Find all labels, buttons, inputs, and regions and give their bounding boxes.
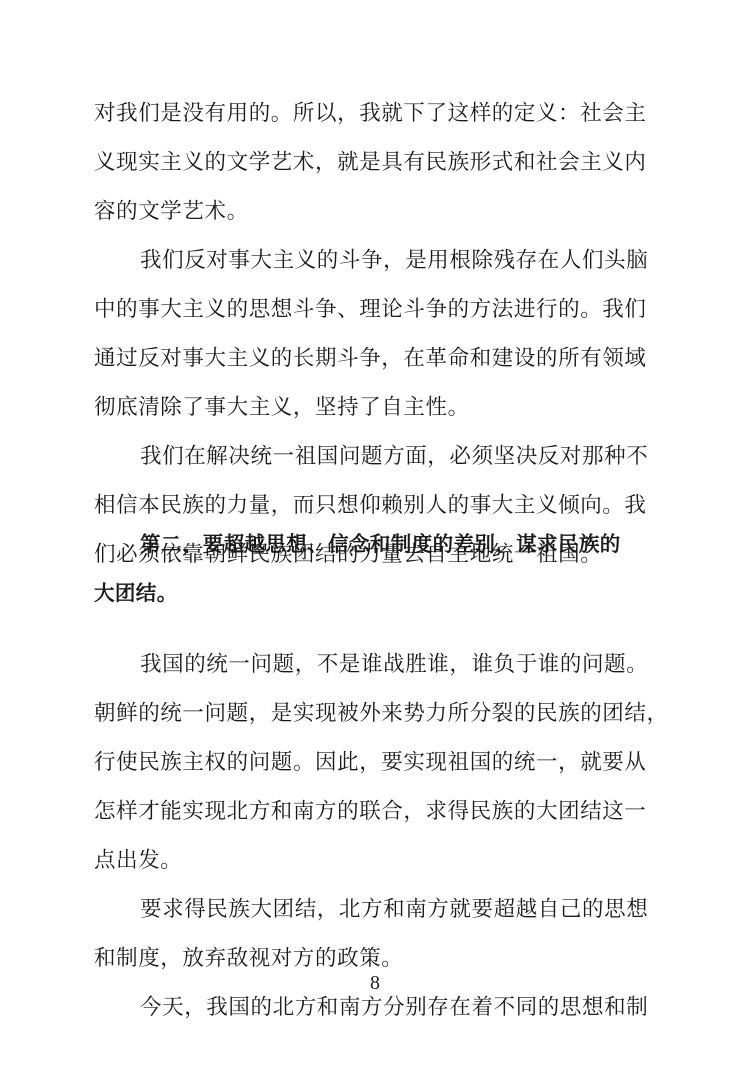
text-line: 我们在解决统一祖国问题方面，必须坚决反对那种不 [140,442,648,472]
section-heading: 第二，要超越思想、信念和制度的差别，谋求民族的 [140,529,621,559]
text-line: 要求得民族大团结，北方和南方就要超越自己的思想 [140,895,648,925]
text-line: 对我们是没有用的。所以，我就下了这样的定义：社会主 [94,99,647,129]
text-line: 彻底清除了事大主义，坚持了自主性。 [94,393,470,423]
text-line: 容的文学艺术。 [94,197,249,227]
text-line: 朝鲜的统一问题，是实现被外来势力所分裂的民族的团结， [94,699,669,729]
text-line: 相信本民族的力量，而只想仰赖别人的事大主义倾向。我 [94,491,647,521]
text-line: 点出发。 [94,846,182,876]
text-line: 我国的统一问题，不是谁战胜谁，谁负于谁的问题。 [140,650,648,680]
text-line: 通过反对事大主义的长期斗争，在革命和建设的所有领域 [94,344,647,374]
text-line: 怎样才能实现北方和南方的联合，求得民族的大团结这一 [94,797,647,827]
text-line: 行使民族主权的问题。因此，要实现祖国的统一，就要从 [94,748,647,778]
page-number: 8 [0,972,750,995]
text-line: 义现实主义的文学艺术，就是具有民族形式和社会主义内 [94,148,647,178]
text-line: 和制度，放弃敌视对方的政策。 [94,944,403,974]
section-heading: 大团结。 [94,578,178,608]
text-line: 中的事大主义的思想斗争、理论斗争的方法进行的。我们 [94,295,647,325]
text-line: 我们反对事大主义的斗争，是用根除残存在人们头脑 [140,246,648,276]
text-line: 今天，我国的北方和南方分别存在着不同的思想和制 [140,993,648,1023]
